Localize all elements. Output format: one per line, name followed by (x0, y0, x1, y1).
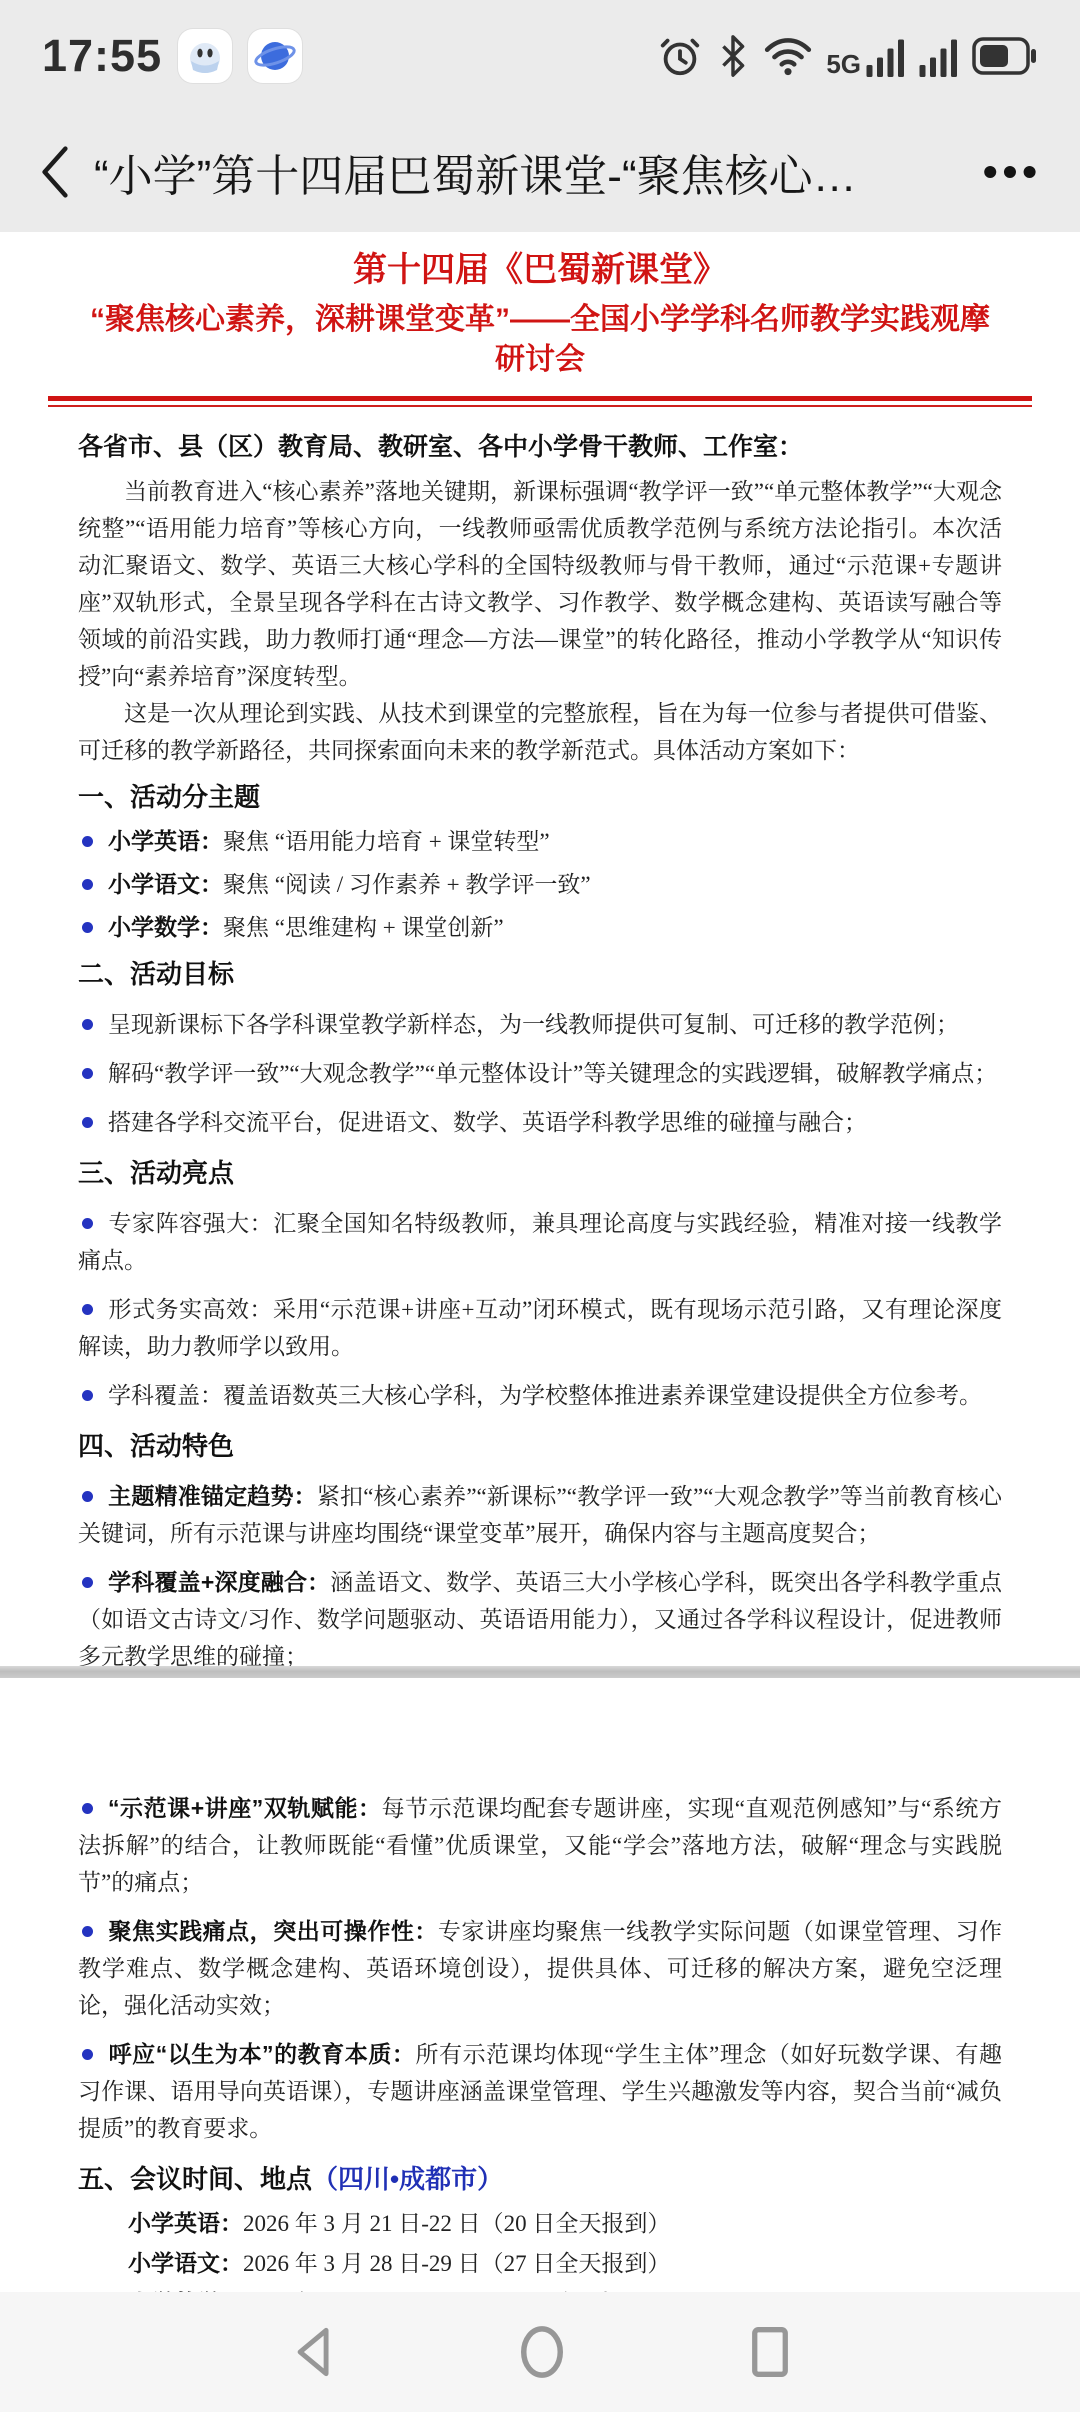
bullet-dot-icon (82, 1390, 93, 1401)
list-item: 学科覆盖+深度融合：涵盖语文、数学、英语三大小学核心学科，既突出各学科教学重点（… (78, 1564, 1002, 1666)
section-heading-2: 二、活动目标 (78, 954, 1002, 994)
section-heading-5: 五、会议时间、地点（四川•成都市） (78, 2159, 1002, 2199)
paragraph-intro: 当前教育进入“核心素养”落地关键期，新课标强调“教学评一致”“单元整体教学”“大… (78, 473, 1002, 695)
item-label: 主题精准锚定趋势： (108, 1483, 317, 1509)
item-text: 专家阵容强大：汇聚全国知名特级教师，兼具理论高度与实践经验，精准对接一线教学痛点… (78, 1211, 1002, 1273)
item-text: 呈现新课标下各学科课堂教学新样态，为一线教师提供可复制、可迁移的教学范例； (108, 1012, 959, 1037)
item-text: 解码“教学评一致”“大观念教学”“单元整体设计”等关键理念的实践逻辑，破解教学痛… (108, 1061, 997, 1086)
item-label: 呼应“以生为本”的教育本质： (108, 2041, 415, 2067)
red-divider (48, 396, 1032, 407)
more-menu-button[interactable]: ••• (983, 152, 1042, 192)
item-label: 学科覆盖+深度融合： (108, 1569, 330, 1595)
signal-5g-icon: 5G (826, 35, 906, 77)
list-item: 搭建各学科交流平台，促进语文、数学、英语学科教学思维的碰撞与融合； (78, 1104, 1002, 1141)
battery-icon (972, 36, 1038, 76)
app-title-bar: “小学”第十四届巴蜀新课堂-“聚焦核心… ••• (0, 112, 1080, 232)
item-label: 聚焦实践痛点，突出可操作性： (108, 1918, 438, 1944)
section-heading-3: 三、活动亮点 (78, 1153, 1002, 1193)
notification-app-icon-1 (178, 29, 232, 83)
android-nav-bar (0, 2292, 1080, 2412)
item-label: 小学语文： (108, 871, 223, 897)
location-text: （四川•成都市） (312, 2164, 503, 2194)
schedule-row: 小学语文：2026 年 3 月 28 日-29 日（27 日全天报到） (78, 2245, 1002, 2282)
signal-bars-2-icon (919, 35, 959, 77)
list-item: 形式务实高效：采用“示范课+讲座+互动”闭环模式，既有现场示范引路，又有理论深度… (78, 1291, 1002, 1365)
item-label: “示范课+讲座”双轨赋能： (108, 1795, 382, 1821)
wifi-icon (763, 33, 813, 79)
item-text: 聚焦 “语用能力培育 + 课堂转型” (223, 829, 550, 854)
list-item: “示范课+讲座”双轨赋能：每节示范课均配套专题讲座，实现“直观范例感知”与“系统… (78, 1790, 1002, 1901)
bluetooth-icon (716, 33, 750, 79)
bullet-dot-icon (82, 1117, 93, 1128)
list-item: 呼应“以生为本”的教育本质：所有示范课均体现“学生主体”理念（如好玩数学课、有趣… (78, 2036, 1002, 2147)
home-circle-icon (517, 2324, 567, 2380)
list-item: 学科覆盖：覆盖语数英三大核心学科，为学校整体推进素养课堂建设提供全方位参考。 (78, 1377, 1002, 1414)
item-label: 小学数学： (108, 914, 223, 940)
heading-text: 五、会议时间、地点 (78, 2164, 312, 2194)
item-label: 小学英语： (108, 828, 223, 854)
nav-back-button[interactable] (289, 2326, 335, 2378)
paragraph-summary: 这是一次从理论到实践、从技术到课堂的完整旅程，旨在为每一位参与者提供可借鉴、可迁… (78, 695, 1002, 769)
network-type-label: 5G (826, 51, 861, 77)
back-triangle-icon (289, 2326, 335, 2378)
bullet-dot-icon (82, 1019, 93, 1030)
back-chevron-icon (38, 146, 72, 198)
list-item: 聚焦实践痛点，突出可操作性：专家讲座均聚焦一线教学实际问题（如课堂管理、习作教学… (78, 1913, 1002, 2024)
bullet-dot-icon (82, 922, 93, 933)
planet-icon (253, 34, 297, 78)
document-page-1: 第十四届《巴蜀新课堂》 “聚焦核心素养，深耕课堂变革”——全国小学学科名师教学实… (0, 232, 1080, 1666)
status-right: 5G (657, 33, 1038, 79)
list-item: 专家阵容强大：汇聚全国知名特级教师，兼具理论高度与实践经验，精准对接一线教学痛点… (78, 1205, 1002, 1279)
bullet-dot-icon (82, 879, 93, 890)
clock: 17:55 (42, 30, 162, 82)
section-heading-1: 一、活动分主题 (78, 777, 1002, 817)
bullet-dot-icon (82, 836, 93, 847)
item-text: 搭建各学科交流平台，促进语文、数学、英语学科教学思维的碰撞与融合； (108, 1110, 867, 1135)
salutation: 各省市、县（区）教育局、教研室、各中小学骨干教师、工作室： (78, 427, 1002, 467)
bullet-dot-icon (82, 2049, 93, 2060)
item-text: 学科覆盖：覆盖语数英三大核心学科，为学校整体推进素养课堂建设提供全方位参考。 (108, 1383, 982, 1408)
schedule-row: 小学英语：2026 年 3 月 21 日-22 日（20 日全天报到） (78, 2205, 1002, 2242)
document-title: “小学”第十四届巴蜀新课堂-“聚焦核心… (94, 140, 961, 204)
doc-heading-line2: “聚焦核心素养，深耕课堂变革”——全国小学学科名师教学实践观摩研讨会 (78, 300, 1002, 380)
signal-bars-icon (866, 35, 906, 77)
bullet-dot-icon (82, 1068, 93, 1079)
list-item: 主题精准锚定趋势：紧扣“核心素养”“新课标”“教学评一致”“大观念教学”等当前教… (78, 1478, 1002, 1552)
bullet-dot-icon (82, 1577, 93, 1588)
list-item: 呈现新课标下各学科课堂教学新样态，为一线教师提供可复制、可迁移的教学范例； (78, 1006, 1002, 1043)
schedule-row: 小学数学：2026 年 4 月 11 日-12 日（10 日全天报到） (78, 2285, 1002, 2292)
list-item: 小学语文：聚焦 “阅读 / 习作素养 + 教学评一致” (78, 866, 1002, 903)
doc-heading-line1: 第十四届《巴蜀新课堂》 (78, 248, 1002, 292)
status-left: 17:55 (42, 29, 302, 83)
item-text: 2026 年 3 月 21 日-22 日（20 日全天报到） (243, 2211, 670, 2236)
list-item: 小学英语：聚焦 “语用能力培育 + 课堂转型” (78, 823, 1002, 860)
recents-square-icon (749, 2325, 791, 2379)
list-item: 解码“教学评一致”“大观念教学”“单元整体设计”等关键理念的实践逻辑，破解教学痛… (78, 1055, 1002, 1092)
item-label: 小学英语： (128, 2210, 243, 2236)
bullet-dot-icon (82, 1803, 93, 1814)
bullet-dot-icon (82, 1491, 93, 1502)
alarm-icon (657, 33, 703, 79)
list-item: 小学数学：聚焦 “思维建构 + 课堂创新” (78, 909, 1002, 946)
item-text: 2026 年 3 月 28 日-29 日（27 日全天报到） (243, 2251, 670, 2276)
bullet-dot-icon (82, 1304, 93, 1315)
document-page-2: “示范课+讲座”双轨赋能：每节示范课均配套专题讲座，实现“直观范例感知”与“系统… (0, 1678, 1080, 2292)
nav-home-button[interactable] (517, 2324, 567, 2380)
notification-app-icon-2 (248, 29, 302, 83)
item-text: 聚焦 “阅读 / 习作素养 + 教学评一致” (223, 872, 591, 897)
item-text: 聚焦 “思维建构 + 课堂创新” (223, 915, 504, 940)
page-break (0, 1666, 1080, 1678)
nav-recents-button[interactable] (749, 2325, 791, 2379)
section-heading-4: 四、活动特色 (78, 1426, 1002, 1466)
back-button[interactable] (38, 146, 72, 198)
bullet-dot-icon (82, 1926, 93, 1937)
item-label: 小学语文： (128, 2250, 243, 2276)
mask-face-icon (183, 34, 227, 78)
status-bar: 17:55 (0, 0, 1080, 112)
item-text: 形式务实高效：采用“示范课+讲座+互动”闭环模式，既有现场示范引路，又有理论深度… (78, 1297, 1002, 1359)
phone-screen: 17:55 (0, 0, 1080, 2412)
bullet-dot-icon (82, 1218, 93, 1229)
